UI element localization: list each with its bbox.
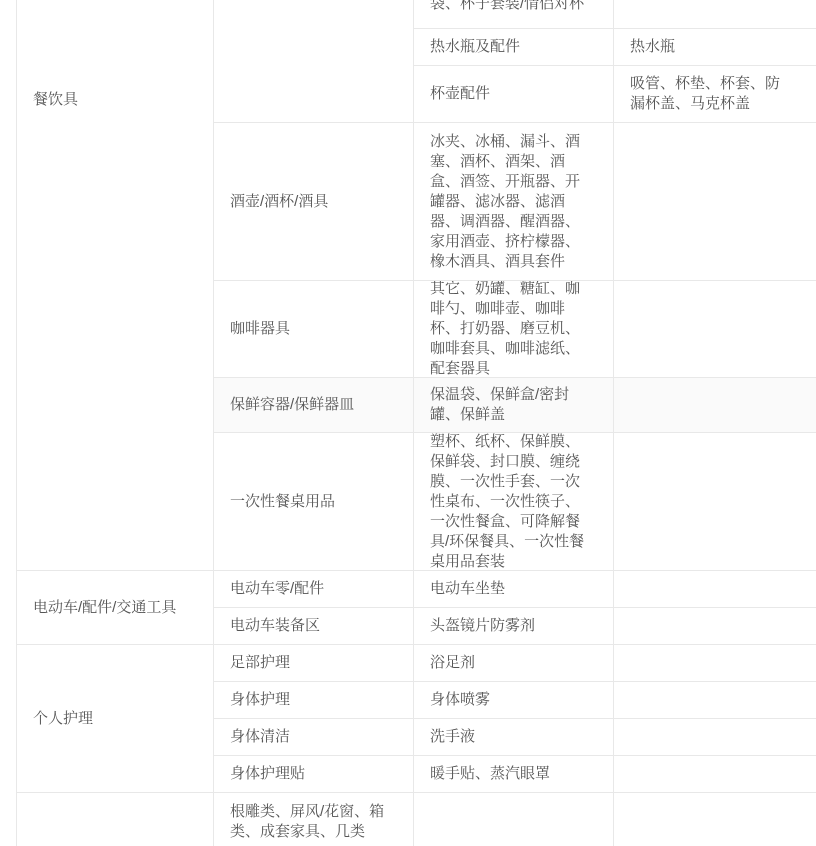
subcategory-cell: 电动车装备区	[214, 608, 414, 645]
items-cell-empty	[614, 682, 816, 719]
category-cell-dining: 餐饮具	[17, 0, 214, 571]
leaf-cell: 热水瓶及配件	[414, 29, 614, 66]
items-cell-empty	[614, 645, 816, 682]
category-cell-personal-care: 个人护理	[17, 645, 214, 793]
subcategory-cell: 身体护理	[214, 682, 414, 719]
items-cell-empty	[614, 378, 816, 433]
leaf-cell: 头盔镜片防雾剂	[414, 608, 614, 645]
category-table: 餐饮具 电动车/配件/交通工具 个人护理 酒壶/酒杯/酒具 咖啡器具 保鲜容器/…	[16, 0, 816, 846]
leaf-cell: 冰夹、冰桶、漏斗、酒塞、酒杯、酒架、酒盒、酒签、开瓶器、开罐器、滤冰器、滤酒器、…	[414, 123, 614, 281]
leaf-cell: 杯壶配件	[414, 66, 614, 123]
subcategory-cell-merged-empty	[214, 0, 414, 123]
leaf-cell-empty	[414, 793, 614, 846]
leaf-cell: 塑杯、纸杯、保鲜膜、保鲜袋、封口膜、缠绕膜、一次性手套、一次性桌布、一次性筷子、…	[414, 433, 614, 571]
leaf-cell: 身体喷雾	[414, 682, 614, 719]
category-cell-clipped	[17, 793, 214, 846]
leaf-text-fragment: 袋、杯子套装/情侣对杯	[430, 0, 584, 12]
items-cell-empty	[614, 756, 816, 793]
subcategory-cell-clipped-bottom: 根雕类、屏风/花窗、箱类、成套家具、几类	[214, 793, 414, 846]
leaf-cell: 洗手液	[414, 719, 614, 756]
items-cell-empty	[614, 123, 816, 281]
subcategory-cell: 保鲜容器/保鲜器皿	[214, 378, 414, 433]
items-cell-empty	[614, 793, 816, 846]
leaf-cell: 其它、奶罐、糖缸、咖啡勺、咖啡壶、咖啡杯、打奶器、磨豆机、咖啡套具、咖啡滤纸、配…	[414, 281, 614, 378]
items-cell-empty	[614, 433, 816, 571]
leaf-cell: 浴足剂	[414, 645, 614, 682]
items-cell-empty	[614, 608, 816, 645]
page: { "colors": { "border": "#e8e8e8", "text…	[0, 0, 816, 846]
items-cell-empty	[614, 719, 816, 756]
leaf-cell: 保温袋、保鲜盒/密封罐、保鲜盖	[414, 378, 614, 433]
subcategory-cell: 身体清洁	[214, 719, 414, 756]
items-cell-empty	[614, 281, 816, 378]
subcategory-cell: 咖啡器具	[214, 281, 414, 378]
leaf-cell: 电动车坐垫	[414, 571, 614, 608]
items-cell: 吸管、杯垫、杯套、防漏杯盖、马克杯盖	[614, 66, 816, 123]
items-cell-empty	[614, 571, 816, 608]
subcategory-cell: 酒壶/酒杯/酒具	[214, 123, 414, 281]
leaf-cell-clipped-top: 袋、杯子套装/情侣对杯	[414, 0, 614, 29]
subcategory-cell: 电动车零/配件	[214, 571, 414, 608]
subcategory-cell: 一次性餐桌用品	[214, 433, 414, 571]
subcategory-cell: 身体护理贴	[214, 756, 414, 793]
subcategory-cell: 足部护理	[214, 645, 414, 682]
items-cell: 热水瓶	[614, 29, 816, 66]
category-cell-ev: 电动车/配件/交通工具	[17, 571, 214, 645]
items-cell-empty	[614, 0, 816, 29]
leaf-cell: 暖手贴、蒸汽眼罩	[414, 756, 614, 793]
